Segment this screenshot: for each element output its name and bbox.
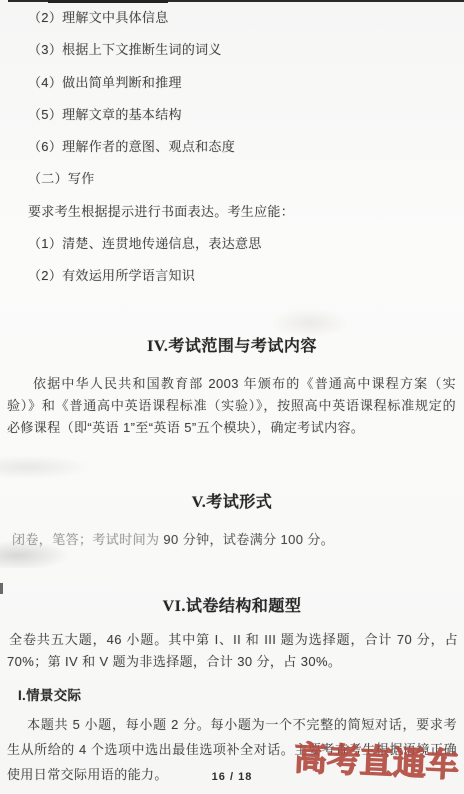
- section-iv-body: 依据中华人民共和国教育部 2003 年颁布的《普通高中课程方案（实验）》和《普通…: [7, 373, 456, 439]
- writing-section-heading: （二）写作: [28, 163, 454, 195]
- section-vi-body: 全卷共五大题，46 小题。其中第 I、II 和 III 题为选择题，合计 70 …: [7, 629, 458, 673]
- section-iv-title: IV.考试范围与考试内容: [0, 333, 464, 356]
- section-v-body: 闭卷，笔答；考试时间为 90 分钟，试卷满分 100 分。: [12, 529, 456, 551]
- list-item-reading-3: （3）根据上下文推断生词的词义: [28, 34, 454, 66]
- writing-intro: 要求考生根据提示进行书面表达。考生应能：: [28, 196, 454, 228]
- section-v-body-text: 90 分钟，试卷满分 100 分。: [159, 532, 334, 547]
- section-v-body-faded-text: 闭卷，笔答；考试时间为: [12, 532, 159, 547]
- skills-list: （2）理解文中具体信息 （3）根据上下文推断生词的词义 （4）做出简单判断和推理…: [28, 2, 454, 293]
- section-vi-title: VI.试卷结构和题型: [0, 593, 464, 616]
- list-item-reading-5: （5）理解文章的基本结构: [28, 99, 454, 131]
- scanned-exam-syllabus-page: （2）理解文中具体信息 （3）根据上下文推断生词的词义 （4）做出简单判断和推理…: [0, 0, 464, 794]
- section-v-title: V.考试形式: [0, 489, 464, 512]
- list-item-writing-1: （1）清楚、连贯地传递信息，表达意思: [28, 228, 454, 260]
- subsection-i-heading: I.情景交际: [18, 684, 81, 704]
- list-item-reading-4: （4）做出简单判断和推理: [28, 67, 454, 99]
- scan-smudge: [0, 455, 90, 479]
- list-item-writing-2: （2）有效运用所学语言知识: [28, 260, 454, 292]
- page-number: 16 / 18: [0, 771, 464, 783]
- list-item-reading-2: （2）理解文中具体信息: [28, 2, 454, 34]
- list-item-reading-6: （6）理解作者的意图、观点和态度: [28, 131, 454, 163]
